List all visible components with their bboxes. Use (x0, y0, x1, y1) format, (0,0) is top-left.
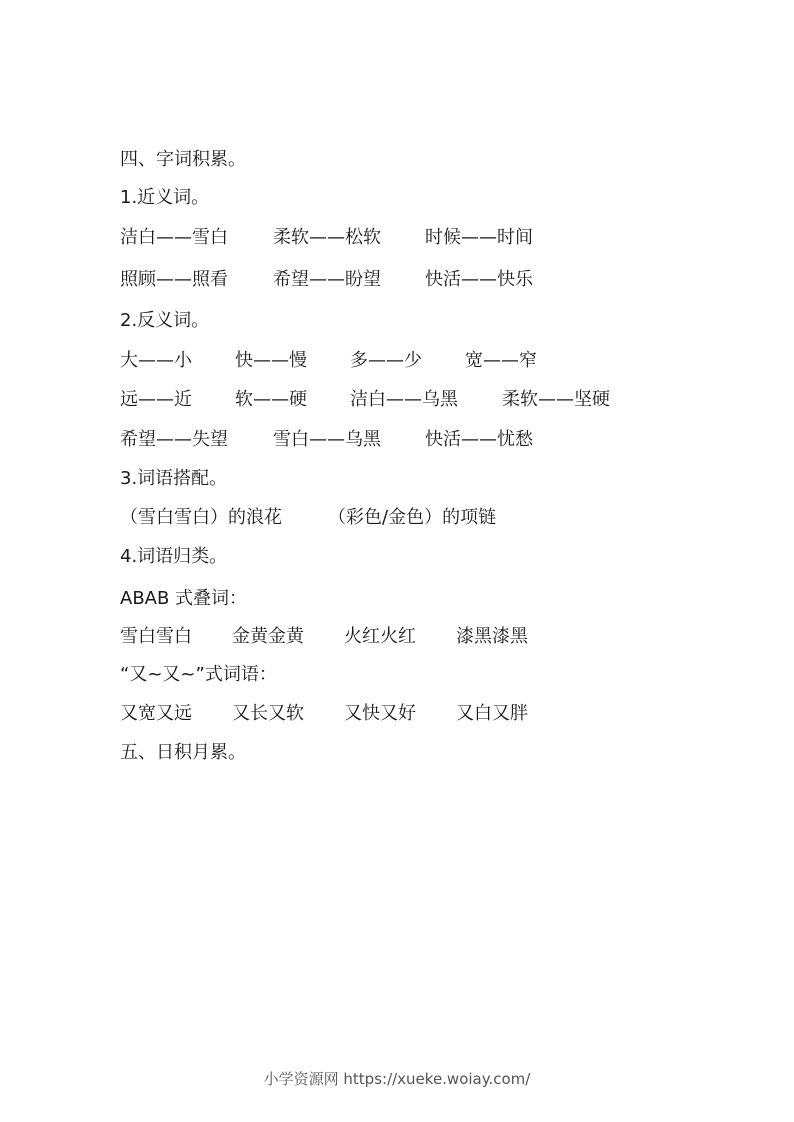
abab-label: ABAB 式叠词： (120, 587, 247, 611)
abab-word: 雪白雪白 (120, 625, 192, 649)
abab-word: 漆黑漆黑 (456, 625, 528, 649)
classification-heading: 4.词语归类。 (120, 545, 227, 569)
you-word: 又宽又远 (120, 702, 192, 726)
antonym-pair: 希望——失望 (120, 428, 228, 452)
antonym-pair: 雪白——乌黑 (273, 428, 381, 452)
antonym-pair: 快——慢 (235, 349, 307, 373)
abab-word: 火红火红 (344, 625, 416, 649)
antonyms-heading: 2.反义词。 (120, 309, 209, 333)
section-5-title: 五、日积月累。 (120, 741, 246, 765)
synonyms-heading: 1.近义词。 (120, 186, 209, 210)
abab-word: 金黄金黄 (232, 625, 304, 649)
antonym-pair: 远——近 (120, 388, 192, 412)
synonym-pair: 希望——盼望 (273, 268, 381, 292)
synonym-pair: 柔软——松软 (273, 226, 381, 250)
antonym-pair: 大——小 (120, 349, 192, 373)
you-word: 又长又软 (232, 702, 304, 726)
section-4-title: 四、字词积累。 (120, 148, 246, 172)
you-word: 又白又胖 (456, 702, 528, 726)
you-label: “又~又~”式词语： (120, 663, 277, 687)
antonym-pair: 多——少 (350, 349, 422, 373)
antonym-pair: 快活——忧愁 (425, 428, 533, 452)
antonym-pair: 宽——窄 (465, 349, 537, 373)
synonym-pair: 时候——时间 (425, 226, 533, 250)
antonym-pair: 洁白——乌黑 (350, 388, 458, 412)
collocation-item: （雪白雪白）的浪花 (120, 506, 282, 530)
you-word: 又快又好 (344, 702, 416, 726)
antonym-pair: 软——硬 (235, 388, 307, 412)
antonym-pair: 柔软——坚硬 (502, 388, 610, 412)
collocation-item: （彩色/金色）的项链 (328, 506, 496, 530)
footer-watermark: 小学资源网 https://xueke.woiay.com/ (0, 1069, 794, 1089)
collocation-heading: 3.词语搭配。 (120, 467, 227, 491)
synonym-pair: 洁白——雪白 (120, 226, 228, 250)
synonym-pair: 照顾——照看 (120, 268, 228, 292)
synonym-pair: 快活——快乐 (425, 268, 533, 292)
